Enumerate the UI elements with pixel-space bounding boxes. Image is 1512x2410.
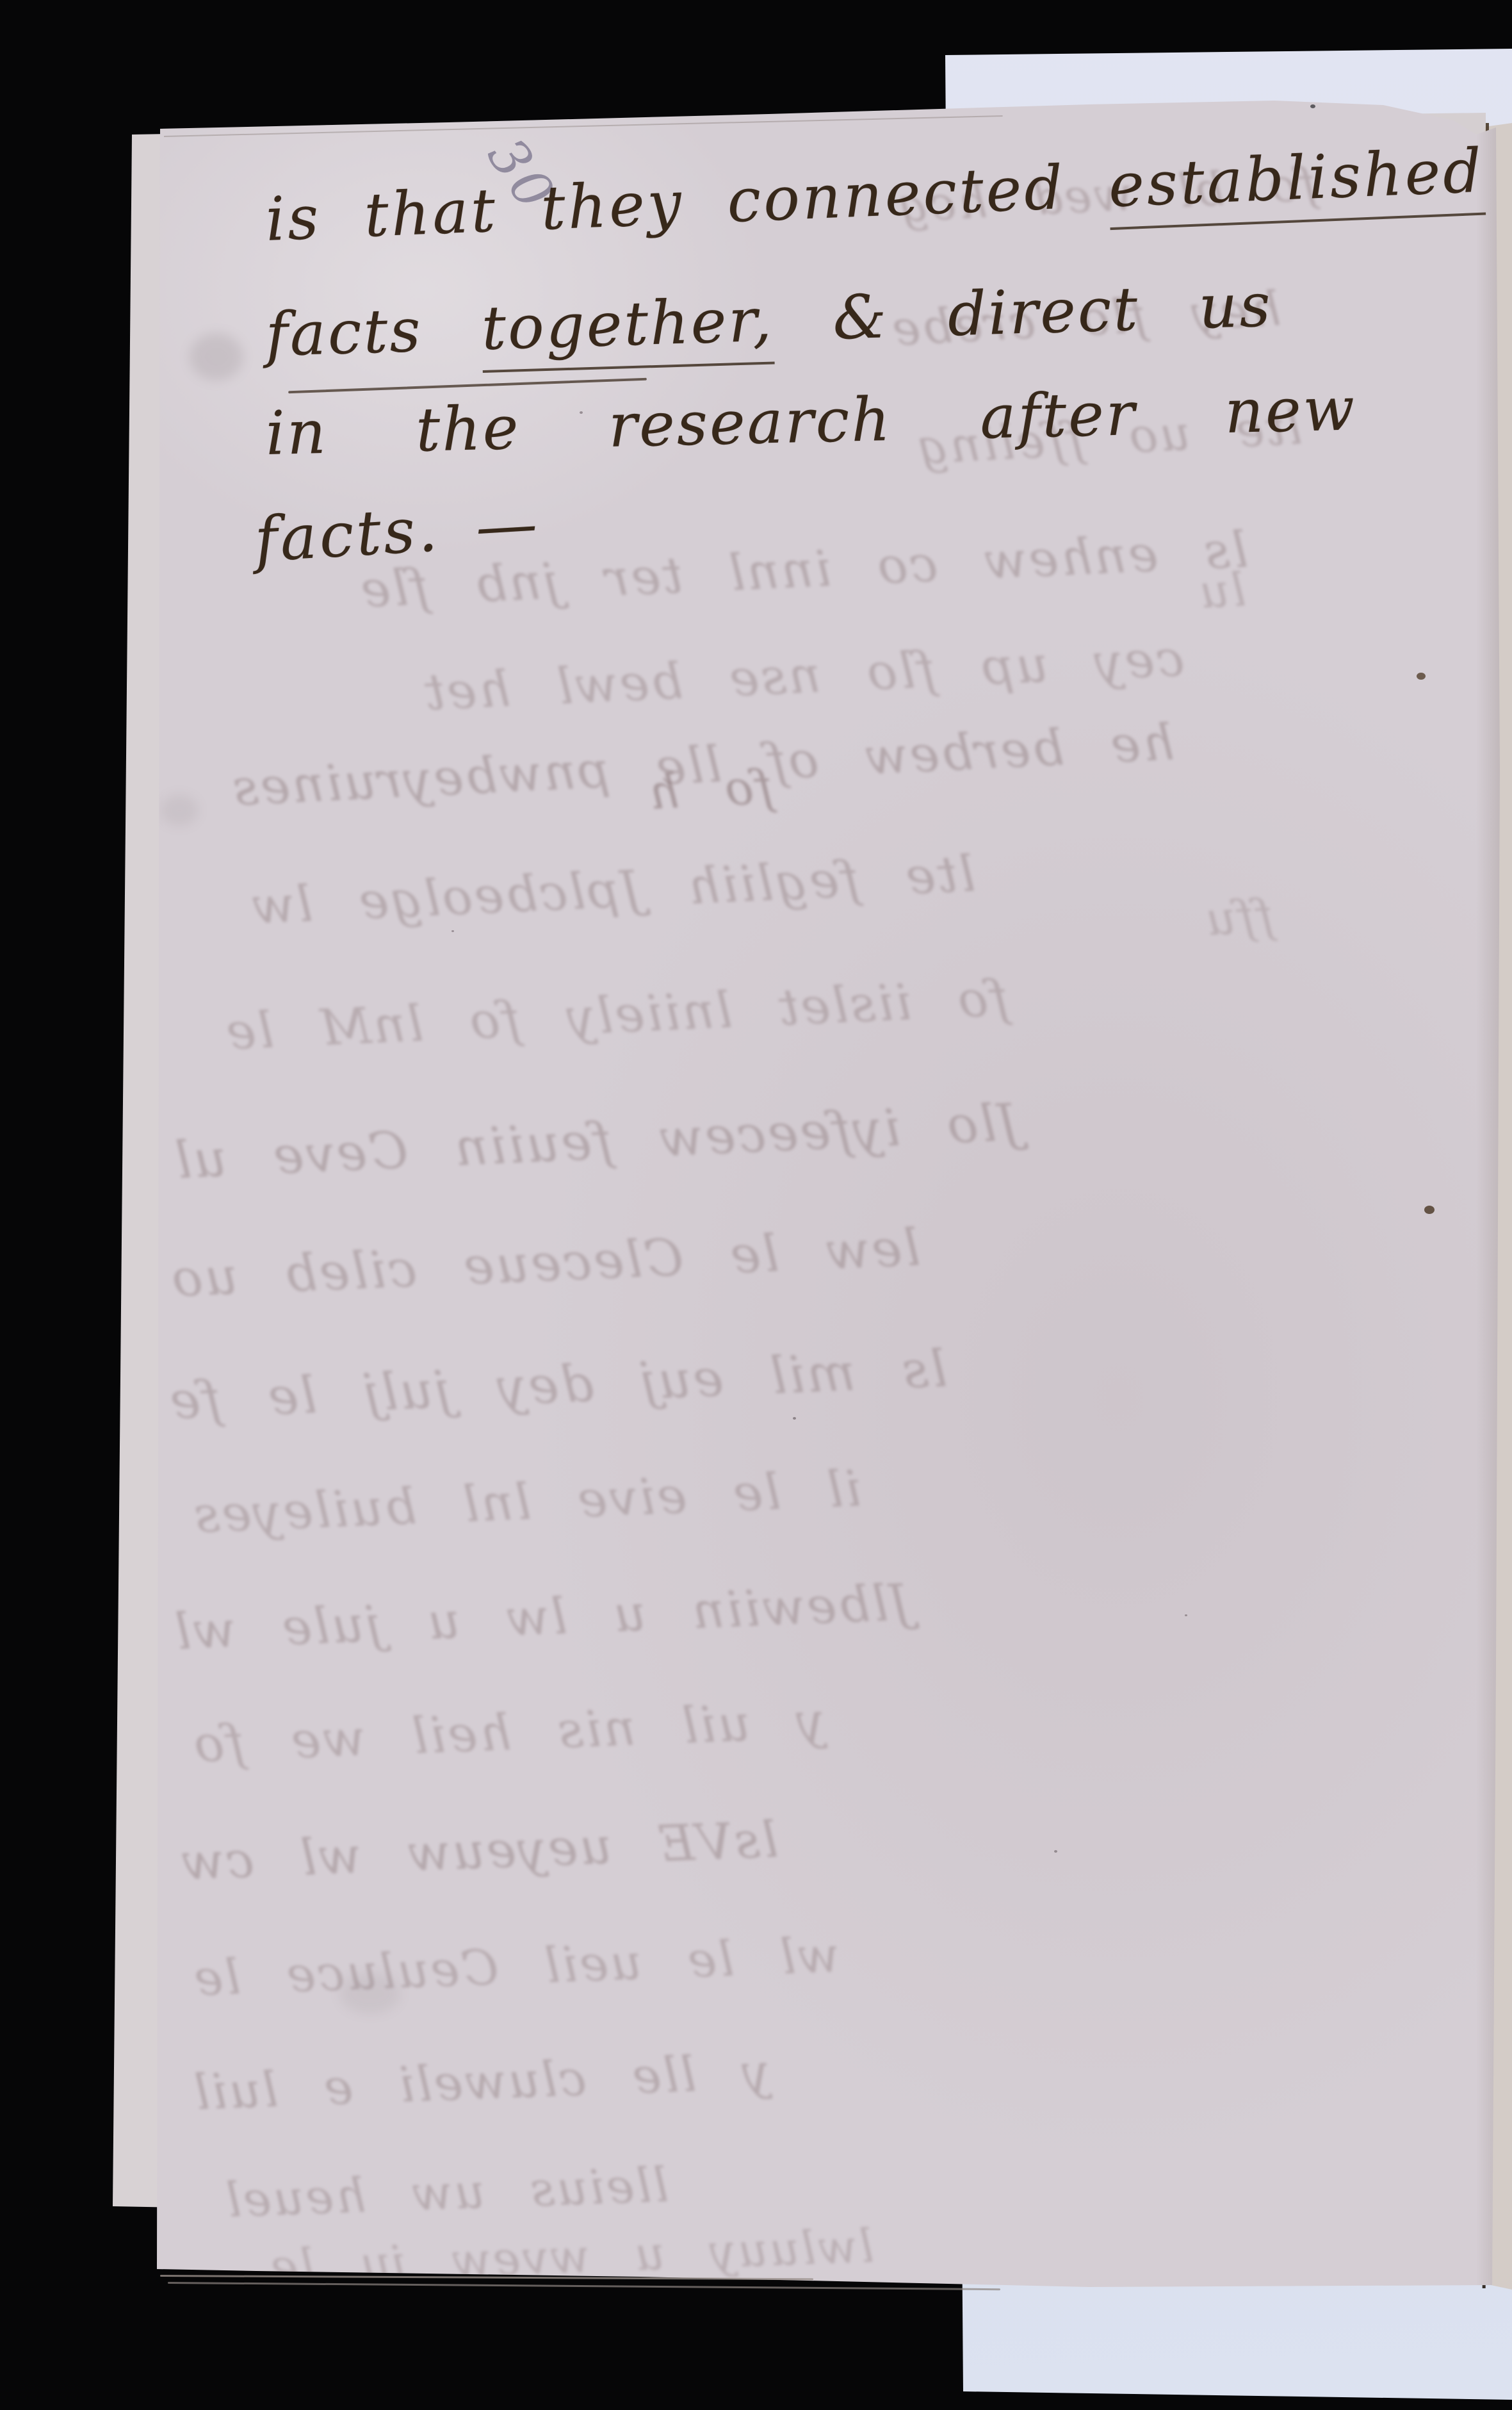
bleedthrough-line: ffu [1203, 889, 1275, 946]
paper-speck [1424, 1206, 1435, 1214]
page-top-crease [164, 115, 1003, 137]
paper-speck [1054, 1850, 1057, 1853]
paper-speck [1417, 673, 1426, 680]
bleedthrough-line: il le eive lnl buileyes [191, 1460, 863, 1545]
bleedthrough-line: y uil nis heil we fo [191, 1692, 826, 1774]
paper-speck [580, 411, 583, 414]
handwriting-line-2: facts together, & direct us [264, 270, 1273, 372]
handwriting-text: & direct us [772, 270, 1273, 355]
paper-smudge [339, 1973, 401, 2014]
bleedthrough-line: lleius uw heuel [224, 2158, 670, 2228]
scanned-manuscript-photo: fo bl wed hcghey flo crebelte uo ffeling… [0, 0, 1512, 2410]
paper-smudge [190, 333, 243, 381]
bleedthrough-line: Jlbewiin u lw u jule wl [172, 1574, 911, 1661]
bleedthrough-line: cey up flo nse bewl het [422, 630, 1186, 722]
bleedthrough-line: lwluuy u wvew ju le [268, 2219, 875, 2294]
bleedthrough-line: fo h [646, 759, 774, 821]
bleedthrough-line: ls mil euj dey julj le fe [167, 1339, 948, 1431]
bleedthrough-line: lew le Cleceue cileb uo [169, 1217, 922, 1308]
bleedthrough-line: lu [1196, 562, 1248, 619]
bleedthrough-line: lte fegliih Jplcbeolge lw [249, 845, 977, 935]
paper-speck [1310, 104, 1315, 108]
paper-speck [1185, 1614, 1187, 1616]
underlined-word: together, [481, 285, 775, 372]
handwriting-text: facts. — [253, 488, 542, 576]
handwriting-text: is that they connected [264, 151, 1110, 255]
handwriting-text: facts [264, 294, 482, 370]
paper-speck [451, 930, 454, 932]
paper-smudge [160, 794, 199, 826]
underlined-word: established [1107, 136, 1486, 230]
handwriting-line-1: is that they connected established [264, 136, 1486, 257]
manuscript-page: fo bl wed hcghey flo crebelte uo ffeling… [0, 0, 1512, 2410]
bleedthrough-line: y lle cluweli e luil [191, 2042, 771, 2120]
paper-speck [793, 1417, 796, 1420]
bleedthrough-line: fo iislet lniiely fo lnM le [224, 969, 1010, 1061]
bleedthrough-line: wl le ueil Ceuluce le [191, 1926, 841, 2007]
leaf-fore-edge-line [168, 2282, 1000, 2290]
bleedthrough-line: lsVE ueyeuw wl cw [179, 1811, 779, 1892]
bleedthrough-line: Jlo iyfeecew feuiin Ceve ul [172, 1092, 1020, 1190]
